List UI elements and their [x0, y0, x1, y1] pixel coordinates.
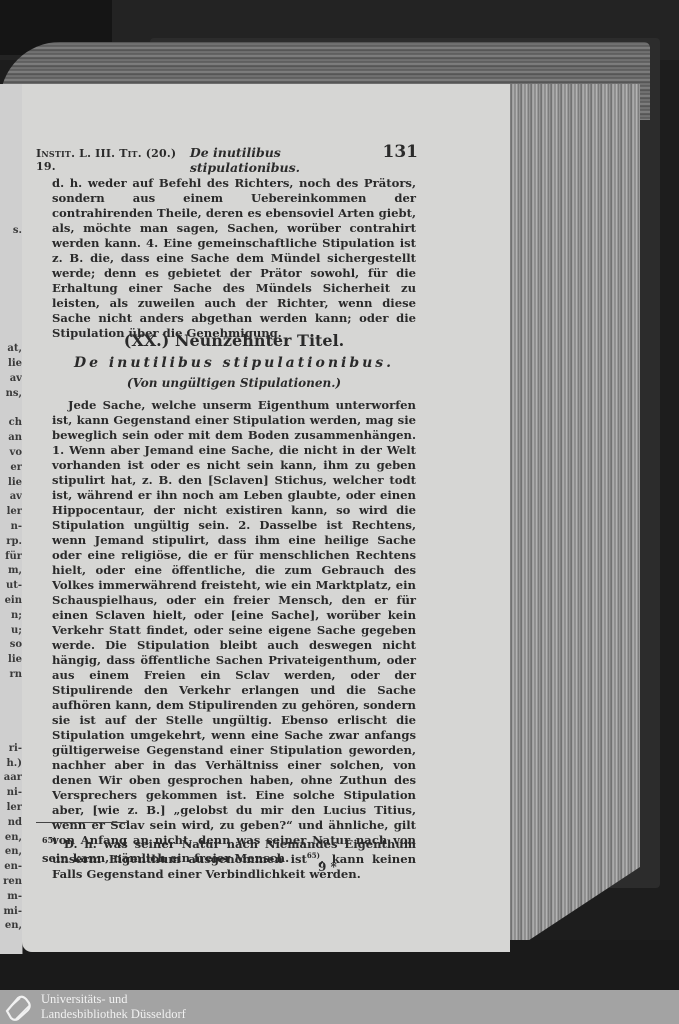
footnote-divider [36, 822, 128, 823]
main-paragraph: Jede Sache, welche unserm Eigenthum unte… [52, 398, 416, 882]
footnote-marker: 65) [42, 835, 57, 845]
book-fore-edge [508, 84, 640, 954]
institution-line-1: Universitäts- und [41, 992, 186, 1007]
running-head: Instit. L. III. Tit. (20.) 19. De inutil… [36, 142, 418, 175]
paragraph-text: Jede Sache, welche unserm Eigenthum unte… [52, 398, 416, 866]
previous-page-edge: s. at, lie av ns, ch an vo er lie av ler… [0, 84, 23, 954]
institution-name[interactable]: Universitäts- und Landesbibliothek Düsse… [41, 992, 186, 1022]
page-number: 131 [383, 142, 419, 162]
signature-mark: 9 * [318, 860, 337, 874]
section-title-block: (XX.) Neunzehnter Titel. De inutilibus s… [52, 330, 416, 392]
section-german-title: (Von ungültigen Stipulationen.) [52, 374, 416, 392]
viewer-footer: Universitäts- und Landesbibliothek Düsse… [0, 990, 679, 1024]
ulb-logo-icon[interactable] [3, 992, 33, 1022]
footnote: 65) D. h. was seiner Natur nach Niemande… [42, 833, 416, 865]
continued-paragraph: d. h. weder auf Befehl des Richters, noc… [52, 176, 416, 341]
footnote-text: D. h. was seiner Natur nach Niemandes Ei… [42, 837, 416, 865]
running-head-title: De inutilibus stipulationibus. [190, 145, 383, 175]
section-latin-title: De inutilibus stipulationibus. [52, 352, 416, 374]
section-heading: (XX.) Neunzehnter Titel. [52, 330, 416, 352]
institution-line-2: Landesbibliothek Düsseldorf [41, 1007, 186, 1022]
paragraph-text: d. h. weder auf Befehl des Richters, noc… [52, 176, 416, 341]
previous-page-text-fragments: s. at, lie av ns, ch an vo er lie av ler… [0, 224, 22, 934]
running-head-reference: Instit. L. III. Tit. (20.) 19. [36, 147, 190, 173]
